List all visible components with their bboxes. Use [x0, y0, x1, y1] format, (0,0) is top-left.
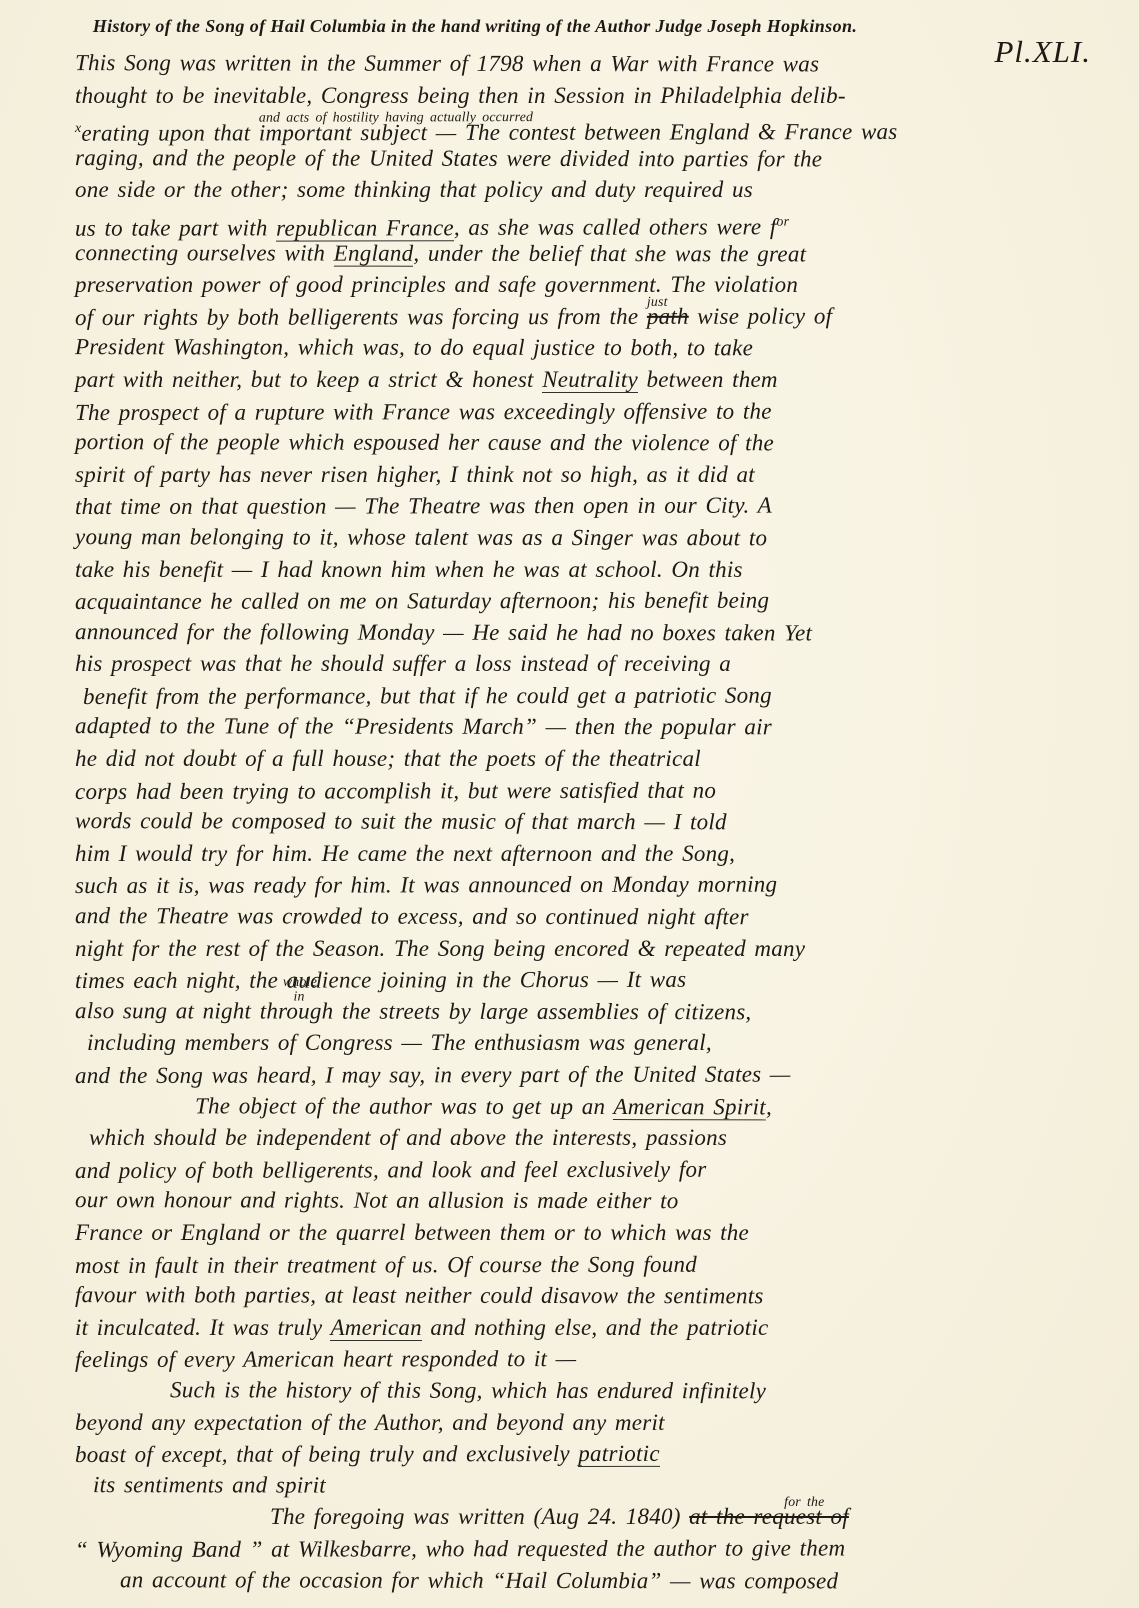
manuscript-line: corps had been trying to accomplish it, …: [75, 774, 1085, 808]
handwritten-text: words could be composed to suit the musi…: [75, 808, 727, 834]
handwritten-text: including members of Congress — The enth…: [87, 1030, 712, 1055]
manuscript-line: and policy of both belligerents, and loo…: [75, 1153, 1085, 1187]
handwritten-text: beyond any expectation of the Author, an…: [75, 1410, 665, 1435]
handwritten-text: corps had been trying to accomplish it, …: [75, 777, 716, 803]
handwritten-text: wise policy of: [689, 303, 833, 328]
manuscript-line: boast of except, that of being truly and…: [75, 1437, 1085, 1471]
manuscript-line: “ Wyoming Band ” at Wilkesbarre, who had…: [75, 1532, 1085, 1566]
manuscript-line: that time on that question — The Theatre…: [75, 489, 1085, 523]
manuscript-line: This Song was written in the Summer of 1…: [75, 47, 1085, 80]
handwritten-text: The prospect of a rupture with France wa…: [75, 398, 772, 424]
interlinear-insertion-text: in: [293, 980, 304, 1012]
handwritten-text: the streets by large assemblies of citiz…: [333, 998, 751, 1024]
manuscript-line: it inculcated. It was truly American and…: [75, 1312, 1085, 1344]
manuscript-line: of our rights by both belligerents was f…: [75, 300, 1085, 334]
handwritten-text: , under the belief that she was the grea…: [413, 240, 806, 266]
handwritten-text: he did not doubt of a full house; that t…: [75, 746, 701, 771]
handwritten-text: American: [330, 1315, 421, 1341]
handwritten-text: portion of the people which espoused her…: [75, 429, 774, 455]
handwritten-text: benefit from the performance, but that i…: [83, 682, 772, 708]
manuscript-line: his prospect was that he should suffer a…: [75, 648, 1085, 680]
handwritten-text: its sentiments and spirit: [93, 1472, 326, 1497]
manuscript-line: The prospect of a rupture with France wa…: [75, 394, 1085, 428]
handwritten-text: feelings of every American heart respond…: [75, 1346, 576, 1372]
manuscript-line: acquaintance he called on me on Saturday…: [75, 584, 1085, 618]
handwritten-text: patriotic: [578, 1441, 660, 1467]
manuscript-line: most in fault in their treatment of us. …: [75, 1248, 1085, 1282]
handwritten-text: take his benefit — I had known him when …: [75, 557, 743, 582]
handwritten-text: it inculcated. It was truly: [75, 1315, 330, 1340]
manuscript-line: part with neither, but to keep a strict …: [75, 364, 1085, 396]
handwritten-text: or: [776, 214, 789, 229]
handwritten-text: part with neither, but to keep a strict …: [75, 367, 542, 392]
manuscript-line: announced for the following Monday — He …: [75, 616, 1085, 649]
manuscript-line: portion of the people which espoused her…: [75, 426, 1085, 459]
handwritten-text: France or England or the quarrel between…: [75, 1220, 749, 1245]
handwritten-text: and the Theatre was crowded to excess, a…: [75, 903, 749, 929]
manuscript-line: he did not doubt of a full house; that t…: [75, 743, 1085, 775]
manuscript-line: one side or the other; some thinking tha…: [75, 174, 1085, 206]
manuscript-line: The foregoing was written (Aug 24. 1840)…: [75, 1501, 1085, 1533]
manuscript-line: raging, and the people of the United Sta…: [75, 142, 1085, 175]
handwritten-text: preservation power of good principles an…: [75, 272, 798, 297]
handwritten-text: most in fault in their treatment of us. …: [75, 1251, 697, 1277]
manuscript-line: The object of the author was to get up a…: [75, 1090, 1085, 1123]
manuscript-line: young man belonging to it, whose talent …: [75, 521, 1085, 554]
handwritten-text: such as it is, was ready for him. It was…: [75, 872, 777, 898]
handwritten-text: one side or the other; some thinking tha…: [75, 177, 753, 202]
manuscript-line: preservation power of good principles an…: [75, 269, 1085, 301]
handwritten-text: of our rights by both belligerents was f…: [75, 304, 647, 330]
handwritten-text: young man belonging to it, whose talent …: [75, 524, 767, 550]
manuscript-line: adapted to the Tune of the “Presidents M…: [75, 711, 1085, 744]
manuscript-line: him I would try for him. He came the nex…: [75, 838, 1085, 870]
manuscript-body: This Song was written in the Summer of 1…: [75, 48, 1085, 1596]
manuscript-line: xerating upon that and acts of hostility…: [75, 110, 1085, 144]
manuscript-line: and the Song was heard, I may say, in ev…: [75, 1058, 1085, 1092]
manuscript-line: benefit from the performance, but that i…: [75, 679, 1085, 713]
manuscript-page: History of the Song of Hail Columbia in …: [0, 0, 1139, 1608]
handwritten-text: favour with both parties, at least neith…: [75, 1282, 764, 1308]
handwritten-text: Neutrality: [542, 367, 638, 393]
manuscript-line: an account of the occasion for which “Ha…: [75, 1564, 1085, 1597]
manuscript-line: also sung at night throughin the streets…: [75, 995, 1085, 1028]
manuscript-line: our own honour and rights. Not an allusi…: [75, 1184, 1085, 1217]
handwritten-text: Such is the history of this Song, which …: [170, 1377, 766, 1403]
manuscript-line: which should be independent of and above…: [75, 1122, 1085, 1154]
manuscript-line: its sentiments and spirit: [75, 1469, 1085, 1502]
handwritten-text: raging, and the people of the United Sta…: [75, 145, 822, 171]
manuscript-line: connecting ourselves with England, under…: [75, 237, 1085, 270]
manuscript-line: words could be composed to suit the musi…: [75, 805, 1085, 838]
manuscript-line: spirit of party has never risen higher, …: [75, 459, 1085, 491]
manuscript-line: Such is the history of this Song, which …: [75, 1374, 1085, 1407]
handwritten-text: announced for the following Monday — He …: [75, 619, 812, 645]
manuscript-line: us to take part with republican France, …: [75, 205, 1085, 239]
handwritten-text: at the request of: [689, 1504, 849, 1529]
handwritten-text: night for the rest of the: [75, 936, 313, 961]
handwritten-text: and the Song was heard, I may say, in ev…: [75, 1062, 791, 1088]
handwritten-text: spirit of party has never risen higher, …: [75, 462, 755, 487]
handwritten-text: The foregoing was written (Aug 24. 1840): [270, 1504, 689, 1529]
manuscript-line: times each night, the audience joining i…: [75, 963, 1085, 997]
manuscript-line: including members of Congress — The enth…: [75, 1027, 1085, 1059]
handwritten-text: adapted to the Tune of the “Presidents M…: [75, 714, 772, 740]
handwritten-text: acquaintance he called on me on Saturday…: [75, 588, 769, 614]
handwritten-text: Season. The Song being encored & repeate…: [313, 936, 805, 961]
handwritten-text: boast of except, that of being truly and…: [75, 1441, 578, 1467]
handwritten-text: him I would try for him. He came the nex…: [75, 841, 735, 866]
manuscript-line: such as it is, was ready for him. It was…: [75, 868, 1085, 902]
handwritten-text: ,: [766, 1094, 772, 1119]
handwritten-text: times each night, the audience joining i…: [75, 967, 686, 993]
handwritten-text: England: [334, 240, 414, 266]
manuscript-line: and the Theatre was crowded to excess, a…: [75, 900, 1085, 933]
interlinear-insertion-text: for the: [784, 1486, 824, 1518]
handwritten-text: our own honour and rights. Not an allusi…: [75, 1187, 679, 1213]
handwritten-text: connecting ourselves with: [75, 240, 334, 265]
handwritten-text: , as she was called others were f: [454, 214, 777, 240]
handwritten-text: that time on that question — The Theatre…: [75, 493, 772, 519]
interlinear-insertion-text: just: [647, 285, 668, 317]
manuscript-line: beyond any expectation of the Author, an…: [75, 1407, 1085, 1439]
handwritten-text: and nothing else, and the patriotic: [422, 1315, 769, 1340]
handwritten-text: his prospect was that he should suffer a…: [75, 651, 731, 676]
manuscript-line: take his benefit — I had known him when …: [75, 554, 1085, 586]
handwritten-text: American Spirit: [613, 1094, 766, 1120]
handwritten-text: President Washington, which was, to do e…: [75, 334, 753, 360]
handwritten-text: an account of the occasion for which “Ha…: [120, 1567, 838, 1593]
page-title: History of the Song of Hail Columbia in …: [75, 16, 875, 37]
handwritten-text: between them: [638, 367, 778, 392]
handwritten-text: “ Wyoming Band ” at Wilkesbarre, who had…: [75, 1535, 845, 1562]
manuscript-line: France or England or the quarrel between…: [75, 1217, 1085, 1249]
interlinear-insertion-text: and acts of hostility having actually oc…: [259, 101, 533, 133]
manuscript-line: President Washington, which was, to do e…: [75, 331, 1085, 364]
manuscript-line: favour with both parties, at least neith…: [75, 1279, 1085, 1312]
manuscript-line: thought to be inevitable, Congress being…: [75, 80, 1085, 112]
handwritten-text: The object of the author was to get up a…: [195, 1093, 613, 1119]
handwritten-text: This Song was written in the Summer of 1…: [75, 50, 819, 76]
manuscript-line: night for the rest of the wholeSeason. T…: [75, 933, 1085, 965]
manuscript-line: feelings of every American heart respond…: [75, 1342, 1085, 1376]
handwritten-text: which should be independent of and above…: [89, 1125, 727, 1150]
handwritten-text: and policy of both belligerents, and loo…: [75, 1157, 707, 1183]
